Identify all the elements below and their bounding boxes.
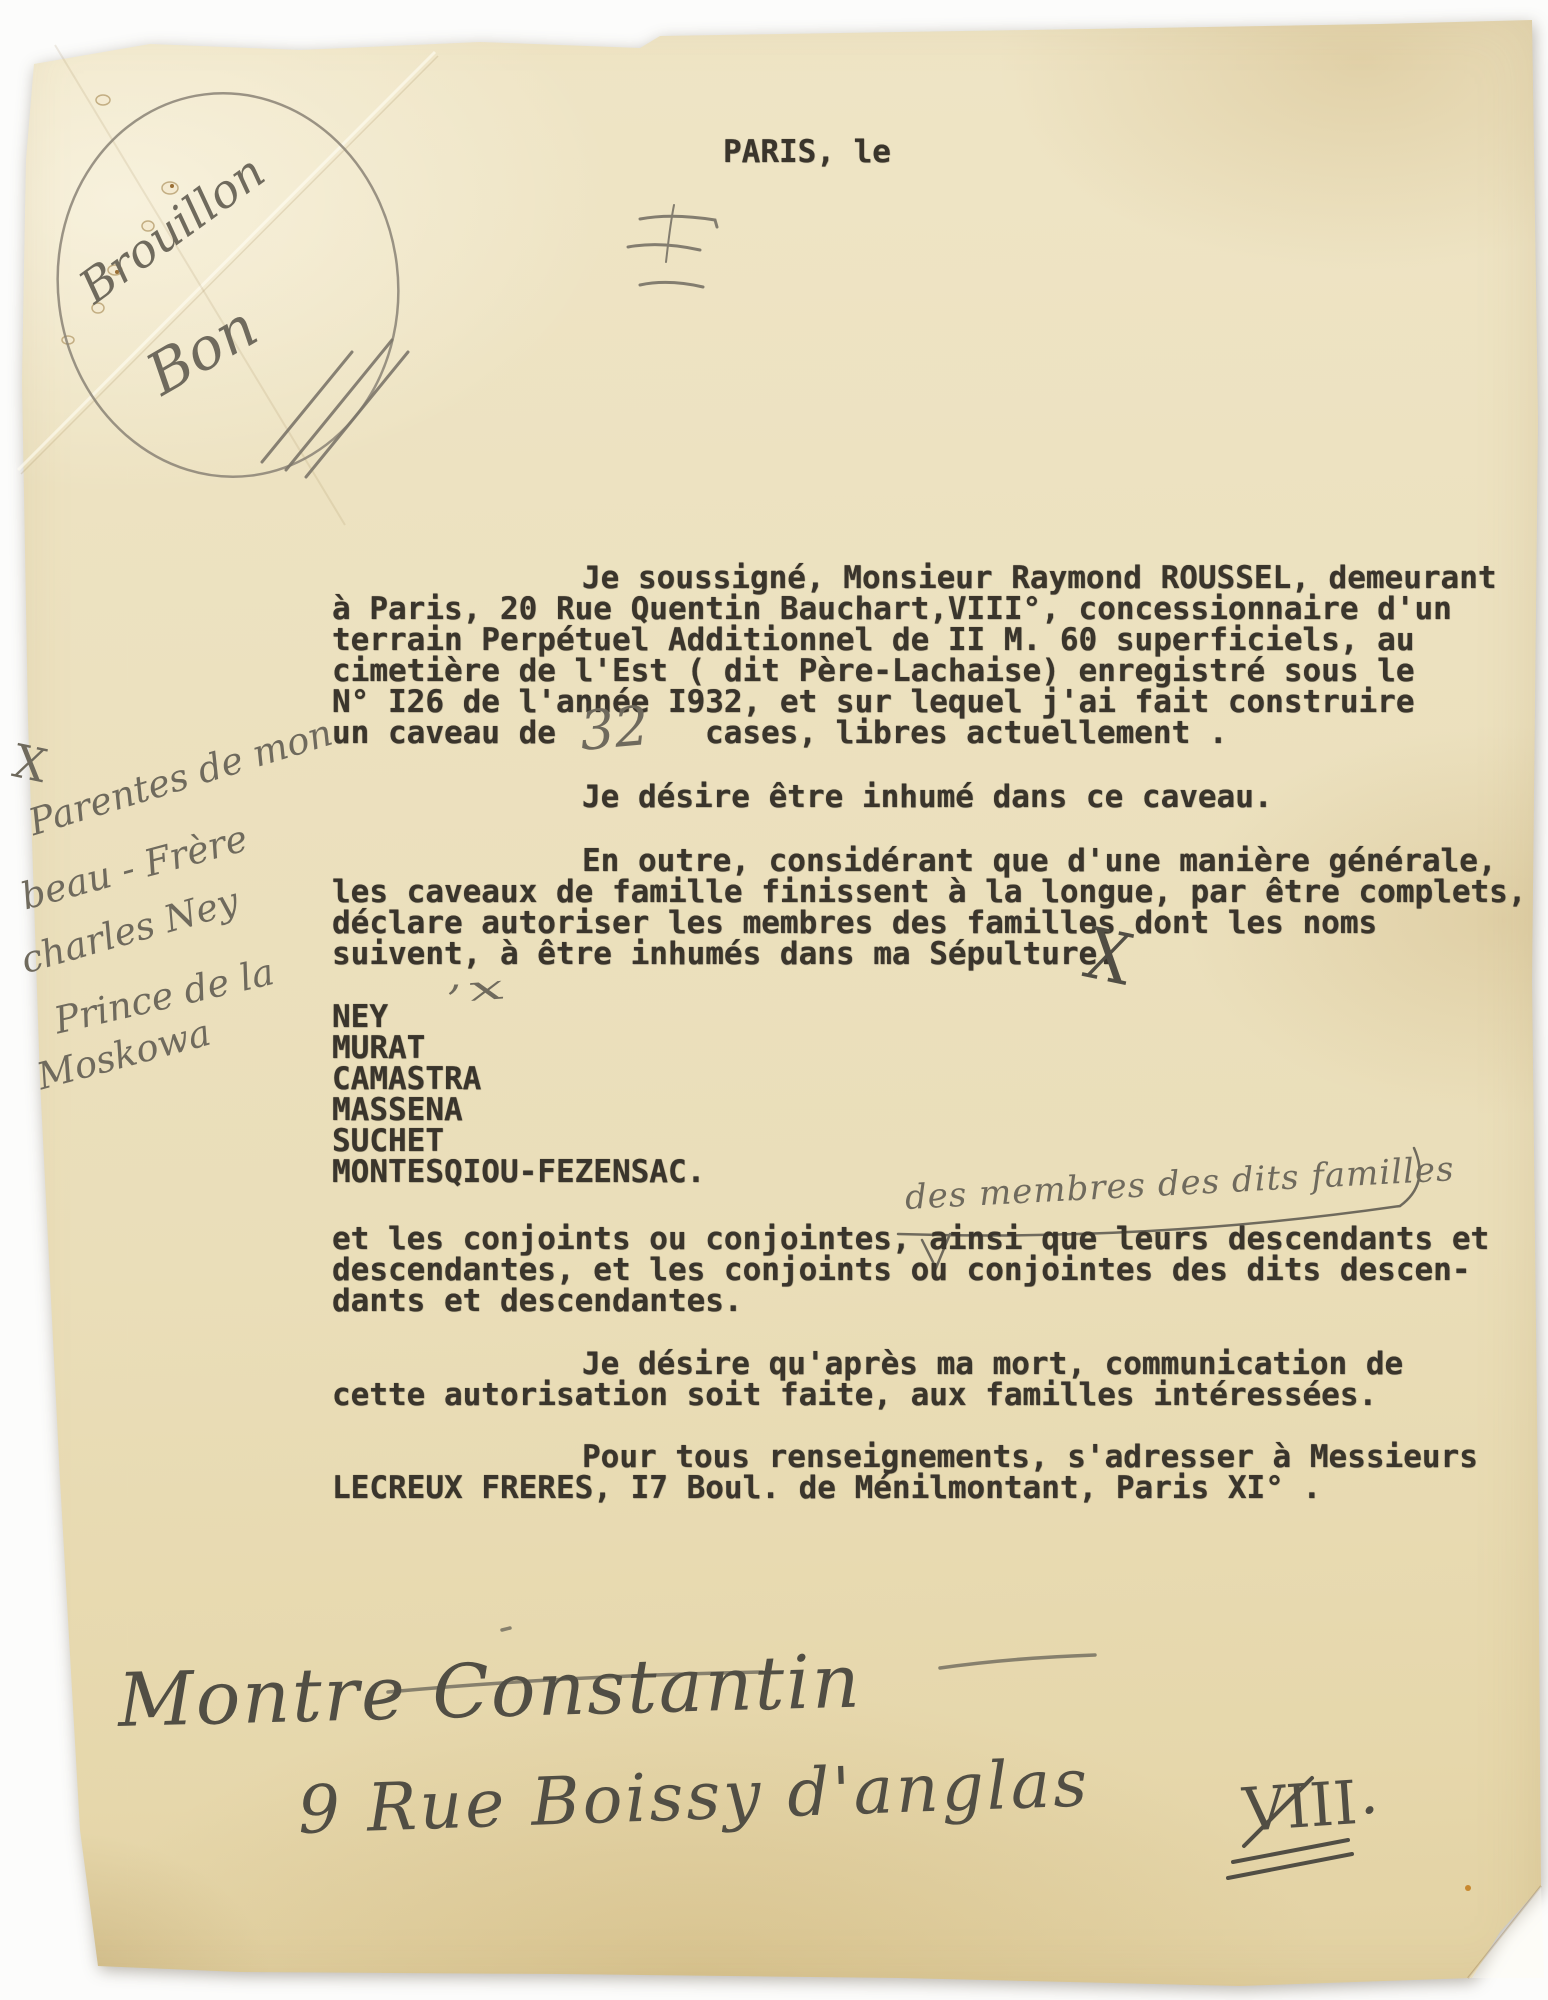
family-names-list: NEY MURAT CAMASTRA MASSENA SUCHET MONTES… [332,1002,705,1188]
scanned-letter-background: Brouillon Bon PARIS, le Je soussigné, Mo… [0,0,1548,2000]
suivent-comma-mark: , [448,950,461,999]
typed-paragraph-6: Pour tous renseignements, s'adresser à M… [332,1442,1548,1504]
family-name: CAMASTRA [332,1064,705,1095]
typed-paragraph-4: et les conjoints ou conjointes, ainsi qu… [332,1224,1548,1317]
notary-district-handwriting: VIII [1241,1768,1360,1846]
family-name: NEY [332,1002,705,1033]
typed-paragraph-5: Je désire qu'après ma mort, communicatio… [332,1349,1548,1411]
typed-dateline: PARIS, le [723,137,891,168]
typed-paragraph-2: Je désire être inhumé dans ce caveau. [332,782,1548,813]
typed-paragraph-1: Je soussigné, Monsieur Raymond ROUSSEL, … [332,563,1548,718]
family-name: MURAT [332,1033,705,1064]
family-name: MONTESQIOU-FEZENSAC. [332,1157,705,1188]
handwritten-cases-count: 32 [577,694,651,763]
typed-paragraph-3: En outre, considérant que d'une manière … [332,846,1548,970]
typed-paragraph-1-lastline-before: un caveau de [332,718,556,749]
family-name: MASSENA [332,1095,705,1126]
notary-district-dot: . [1360,1758,1379,1828]
typed-paragraph-1-lastline-after: cases, libres actuellement . [705,718,1228,749]
family-name: SUCHET [332,1126,705,1157]
